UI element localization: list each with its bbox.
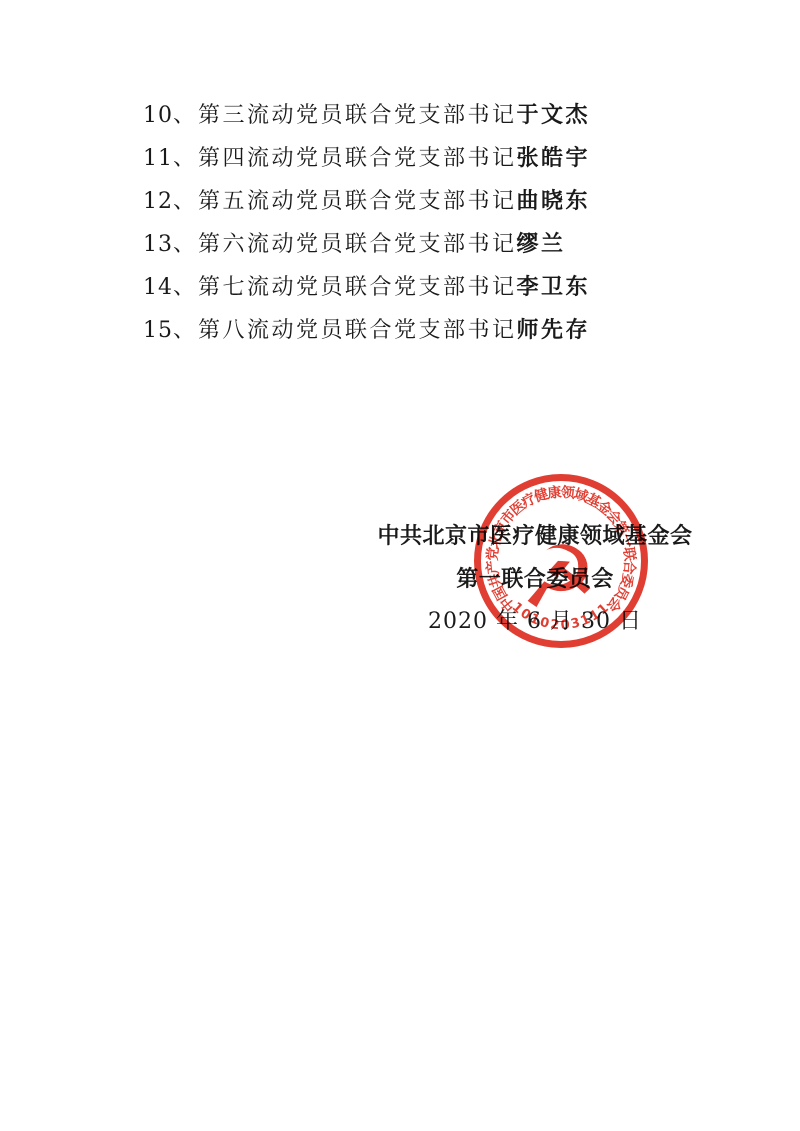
list-item-number: 13、 bbox=[143, 232, 196, 257]
list-item-name: 师先存 bbox=[517, 318, 591, 343]
signature-date: 2020 年 6 月 30 日 bbox=[355, 601, 715, 643]
list-item-label: 第三流动党员联合党支部书记 bbox=[198, 103, 517, 128]
list-item-number: 11、 bbox=[143, 146, 196, 171]
list-item-number: 10、 bbox=[143, 103, 196, 128]
list-item-name: 曲晓东 bbox=[517, 189, 591, 214]
list-item: 10、第三流动党员联合党支部书记于文杰 bbox=[143, 94, 763, 137]
list-item: 14、第七流动党员联合党支部书记李卫东 bbox=[143, 266, 763, 309]
list-item-name: 李卫东 bbox=[517, 275, 591, 300]
list-item-label: 第八流动党员联合党支部书记 bbox=[198, 318, 517, 343]
document-page: 10、第三流动党员联合党支部书记于文杰 11、第四流动党员联合党支部书记张皓宇 … bbox=[0, 0, 800, 1131]
secretary-list: 10、第三流动党员联合党支部书记于文杰 11、第四流动党员联合党支部书记张皓宇 … bbox=[143, 94, 763, 352]
list-item-label: 第五流动党员联合党支部书记 bbox=[198, 189, 517, 214]
list-item-number: 15、 bbox=[143, 318, 196, 343]
list-item-label: 第七流动党员联合党支部书记 bbox=[198, 275, 517, 300]
list-item-label: 第四流动党员联合党支部书记 bbox=[198, 146, 517, 171]
list-item: 11、第四流动党员联合党支部书记张皓宇 bbox=[143, 137, 763, 180]
list-item-number: 14、 bbox=[143, 275, 196, 300]
list-item-name: 缪兰 bbox=[517, 232, 566, 257]
list-item-number: 12、 bbox=[143, 189, 196, 214]
list-item-name: 于文杰 bbox=[517, 103, 591, 128]
signature-org-line1: 中共北京市医疗健康领域基金会 bbox=[355, 515, 715, 558]
list-item: 15、第八流动党员联合党支部书记师先存 bbox=[143, 309, 763, 352]
list-item: 12、第五流动党员联合党支部书记曲晓东 bbox=[143, 180, 763, 223]
list-item-label: 第六流动党员联合党支部书记 bbox=[198, 232, 517, 257]
list-item: 13、第六流动党员联合党支部书记缪兰 bbox=[143, 223, 763, 266]
list-item-name: 张皓宇 bbox=[517, 146, 591, 171]
signature-org-line2: 第一联合委员会 bbox=[355, 558, 715, 601]
signature-block: 中共北京市医疗健康领域基金会 第一联合委员会 2020 年 6 月 30 日 bbox=[355, 515, 715, 643]
